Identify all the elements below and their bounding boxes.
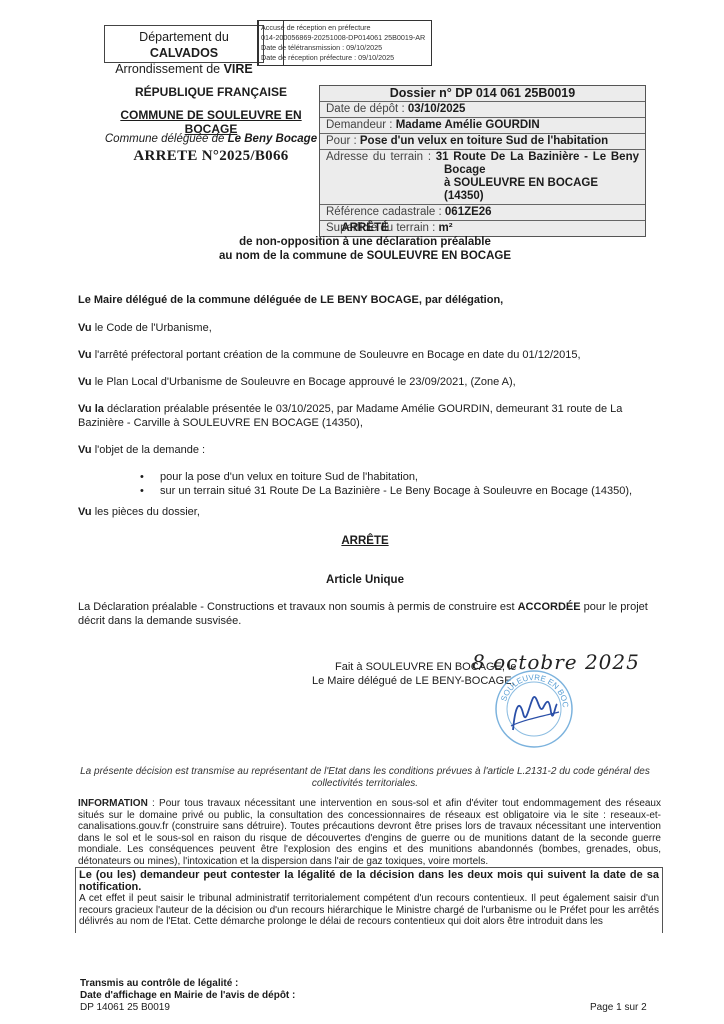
department-line: Département du CALVADOS xyxy=(105,29,263,61)
stamp-line-2: 014-200056869-20251008-DP014061 25B0019-… xyxy=(261,33,431,43)
title-line-3: au nom de la commune de SOULEUVRE EN BOC… xyxy=(60,249,670,263)
title-line-1: ARRÊTÉ xyxy=(60,221,670,235)
stamp-line-1: Accusé de réception en préfecture xyxy=(261,23,431,33)
arrete-title-block: ARRÊTÉ de non-opposition à une déclarati… xyxy=(60,221,670,263)
vu-label: Vu xyxy=(78,322,92,334)
label: Adresse du terrain : xyxy=(326,151,436,163)
vu-pieces: Vu les pièces du dossier, xyxy=(78,505,663,519)
transmission-notice: La présente décision est transmise au re… xyxy=(60,766,670,790)
dossier-row-reference: Référence cadastrale : 061ZE26 xyxy=(320,205,645,221)
list-item: sur un terrain situé 31 Route De La Bazi… xyxy=(140,484,670,498)
recours-heading: Le (ou les) demandeur peut contester la … xyxy=(79,869,659,893)
dossier-row-demandeur: Demandeur : Madame Amélie GOURDIN xyxy=(320,118,645,134)
deleguee-name: Le Beny Bocage xyxy=(228,133,317,145)
vu-label: Vu la xyxy=(78,403,104,415)
dossier-row-pour: Pour : Pose d'un velux en toiture Sud de… xyxy=(320,134,645,150)
adresse-line-3: à SOULEUVRE EN BOCAGE (14350) xyxy=(326,177,639,203)
vu-plu: Vu le Plan Local d'Urbanisme de Souleuvr… xyxy=(78,375,663,389)
stamp-line-4: Date de réception préfecture : 09/10/202… xyxy=(261,53,431,63)
department-name: CALVADOS xyxy=(150,46,218,60)
vu-code-urbanisme: Vu le Code de l'Urbanisme, xyxy=(78,321,663,335)
dossier-row-adresse: Adresse du terrain : 31 Route De La Bazi… xyxy=(320,150,645,205)
stamp-inner-frame xyxy=(258,20,284,66)
decision-status: ACCORDÉE xyxy=(518,601,581,613)
info-label: INFORMATION xyxy=(78,798,148,809)
arrondissement-prefix: Arrondissement de xyxy=(115,62,223,76)
decision-pre: La Déclaration préalable - Constructions… xyxy=(78,601,518,613)
arrondissement-line: Arrondissement de VIRE xyxy=(105,61,263,77)
department-prefix: Département du xyxy=(139,30,229,44)
arrete-heading: ARRÊTE xyxy=(60,535,670,547)
value: 061ZE26 xyxy=(445,206,492,218)
vu-text: le Plan Local d'Urbanisme de Souleuvre e… xyxy=(92,376,516,388)
list-item: pour la pose d'un velux en toiture Sud d… xyxy=(140,470,670,484)
label: Référence cadastrale : xyxy=(326,206,445,218)
adresse-line-2: Bocage xyxy=(326,164,639,177)
vu-label: Vu xyxy=(78,506,92,518)
value: Pose d'un velux en toiture Sud de l'habi… xyxy=(360,135,608,147)
adresse-line-1: Adresse du terrain : 31 Route De La Bazi… xyxy=(326,151,639,164)
label: Date de dépôt : xyxy=(326,103,408,115)
vu-label: Vu xyxy=(78,444,92,456)
commune-heading: COMMUNE DE SOULEUVRE EN BOCAGE xyxy=(96,108,326,136)
footer: Transmis au contrôle de légalité : Date … xyxy=(80,978,295,1014)
information-notice: INFORMATION : Pour tous travaux nécessit… xyxy=(78,798,661,868)
vu-text: l'arrêté préfectoral portant création de… xyxy=(92,349,581,361)
arrondissement-name: VIRE xyxy=(224,62,253,76)
objet-list: pour la pose d'un velux en toiture Sud d… xyxy=(140,470,670,498)
page-number: Page 1 sur 2 xyxy=(590,1002,647,1013)
vu-label: Vu xyxy=(78,349,92,361)
vu-declaration: Vu la déclaration préalable présentée le… xyxy=(78,402,663,430)
vu-text: l'objet de la demande : xyxy=(92,444,205,456)
commune-deleguee: Commune déléguée de Le Beny Bocage xyxy=(96,133,326,145)
dossier-row-date-depot: Date de dépôt : 03/10/2025 xyxy=(320,102,645,118)
vu-text: les pièces du dossier, xyxy=(92,506,200,518)
vu-text: le Code de l'Urbanisme, xyxy=(92,322,212,334)
department-box: Département du CALVADOS Arrondissement d… xyxy=(104,25,264,63)
title-line-2: de non-opposition à une déclaration préa… xyxy=(60,235,670,249)
vu-text: déclaration préalable présentée le 03/10… xyxy=(78,403,622,429)
vu-objet: Vu l'objet de la demande : xyxy=(78,443,663,457)
dossier-title: Dossier n° DP 014 061 25B0019 xyxy=(320,86,645,102)
value: 03/10/2025 xyxy=(408,103,466,115)
footer-transmis: Transmis au contrôle de légalité : xyxy=(80,978,295,990)
recours-text: A cet effet il peut saisir le tribunal a… xyxy=(79,893,659,927)
value: 31 Route De La Bazinière - Le Beny xyxy=(436,151,639,163)
info-text: : Pour tous travaux nécessitant une inte… xyxy=(78,798,661,867)
seal-icon: SOULEUVRE EN BOCAGE xyxy=(493,668,575,750)
decision-text: La Déclaration préalable - Constructions… xyxy=(78,600,663,628)
maire-delegation: Le Maire délégué de la commune déléguée … xyxy=(78,293,663,307)
label: Demandeur : xyxy=(326,119,396,131)
stamp-line-3: Date de télétransmission : 09/10/2025 xyxy=(261,43,431,53)
arrete-number: ARRETE N°2025/B066 xyxy=(96,148,326,165)
footer-reference: DP 14061 25 B0019 xyxy=(80,1002,295,1014)
label: Pour : xyxy=(326,135,360,147)
article-heading: Article Unique xyxy=(60,574,670,586)
recours-notice-box: Le (ou les) demandeur peut contester la … xyxy=(75,867,663,933)
vu-label: Vu xyxy=(78,376,92,388)
value: Madame Amélie GOURDIN xyxy=(396,119,540,131)
footer-affichage: Date d'affichage en Mairie de l'avis de … xyxy=(80,990,295,1002)
prefecture-receipt-stamp: Accusé de réception en préfecture 014-20… xyxy=(257,20,432,66)
republique-heading: RÉPUBLIQUE FRANÇAISE xyxy=(96,85,326,99)
deleguee-prefix: Commune déléguée de xyxy=(105,133,228,145)
mairie-seal-stamp: SOULEUVRE EN BOCAGE xyxy=(493,668,575,750)
vu-arrete-prefectoral: Vu l'arrêté préfectoral portant création… xyxy=(78,348,663,362)
dossier-table: Dossier n° DP 014 061 25B0019 Date de dé… xyxy=(319,85,646,237)
